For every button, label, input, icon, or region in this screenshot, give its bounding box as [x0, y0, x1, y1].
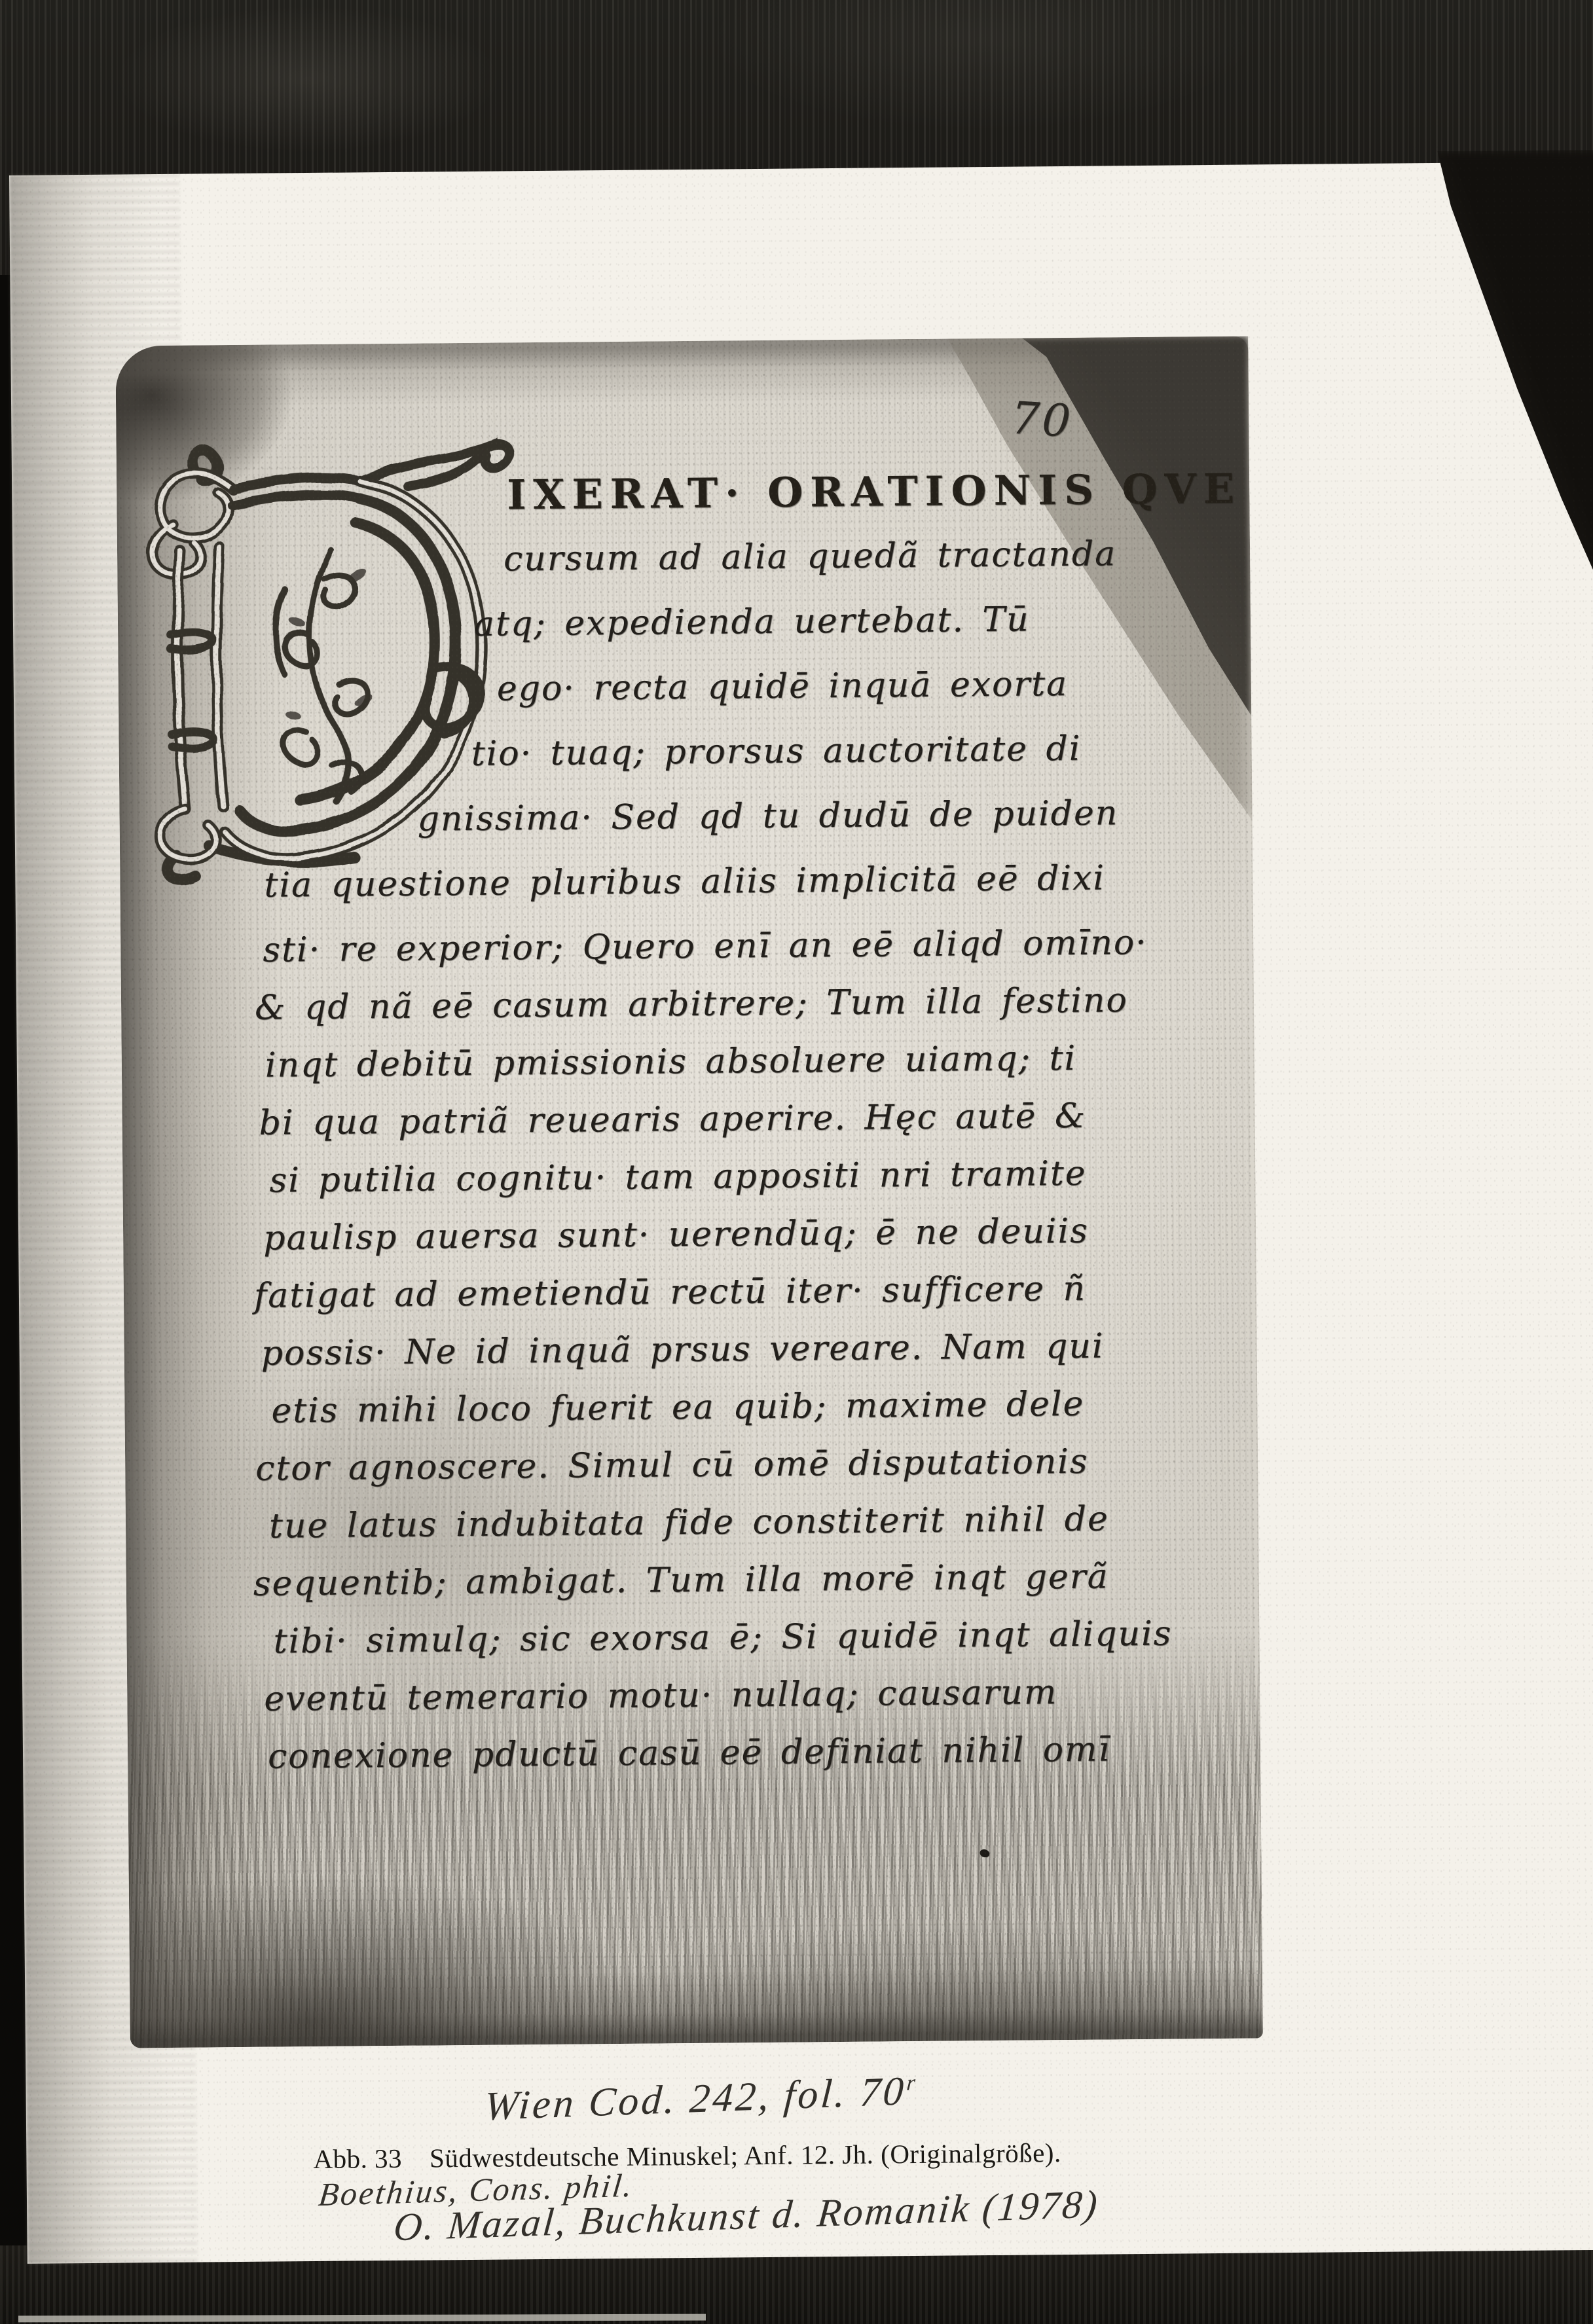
printed-caption: Abb. 33Südwestdeutsche Minuskel; Anf. 12…	[313, 2137, 1061, 2175]
manuscript-line: paulisp auersa sunt· uerendūq; ē ne deui…	[263, 1212, 1089, 1258]
book-page: 70	[9, 162, 1593, 2264]
page-corner-shadow	[1390, 150, 1593, 610]
manuscript-line: si putilia cognitu· tam appositi nri tra…	[269, 1154, 1087, 1201]
figure-label: Abb. 33	[313, 2143, 402, 2174]
folio-number: 70	[1010, 392, 1074, 448]
manuscript-photo: 70	[115, 336, 1263, 2048]
manuscript-line: ego· recta quidē inquā exorta	[497, 664, 1069, 709]
manuscript-line: tue latus indubitata fide constiterit ni…	[269, 1499, 1109, 1546]
manuscript-line: inqt debitū pmissionis absoluere uiamq; …	[265, 1039, 1077, 1085]
handwritten-shelfmark: Wien Cod. 242, fol. 70r	[483, 2068, 919, 2130]
manuscript-line: possis· Ne id inquã prsus vereare. Nam q…	[261, 1326, 1104, 1373]
shelfmark-text: Wien Cod. 242, fol. 70	[483, 2069, 907, 2129]
manuscript-line: fatigat ad emetiendū rectū iter· suffice…	[254, 1269, 1086, 1316]
manuscript-line: gnissima· Sed qd tu dudū de puiden	[417, 793, 1118, 839]
manuscript-line: & qd nã eē casum arbitrere; Tum illa fes…	[255, 981, 1128, 1028]
manuscript-line: tia questione pluribus aliis implicitā e…	[264, 858, 1105, 905]
manuscript-line: atq; expedienda uertebat. Tū	[474, 600, 1030, 644]
manuscript-line: tibi· simulq; sic exorsa ē; Si quidē inq…	[273, 1614, 1172, 1661]
manuscript-line: tio· tuaq; prorsus auctoritate di	[471, 729, 1081, 774]
photocopied-book-page-scan: { "manuscript": { "folio_number": "70", …	[0, 0, 1593, 2324]
manuscript-line: ctor agnoscere. Simul cū omē disputation…	[255, 1442, 1089, 1489]
manuscript-line: bi qua patriã reuearis aperire. Hęc autē…	[259, 1097, 1086, 1143]
manuscript-line: etis mihi loco fuerit ea quib; maxime de…	[271, 1385, 1084, 1431]
manuscript-line: sti· re experior; Quero enī an eē aliqd …	[263, 923, 1148, 970]
manuscript-line: sequentib; ambigat. Tum illa morē inqt g…	[253, 1557, 1109, 1603]
figure-caption-text: Südwestdeutsche Minuskel; Anf. 12. Jh. (…	[430, 2137, 1061, 2173]
manuscript-capitals-line: IXERAT· ORATIONIS QVE	[507, 465, 1241, 519]
manuscript-line: eventū temerario motu· nullaq; causarum	[264, 1673, 1057, 1719]
shelfmark-superscript: r	[906, 2071, 919, 2096]
manuscript-line: conexione pductū casū eē definiat nihil …	[268, 1730, 1110, 1776]
manuscript-line: cursum ad alia quedã tractanda	[504, 534, 1117, 579]
